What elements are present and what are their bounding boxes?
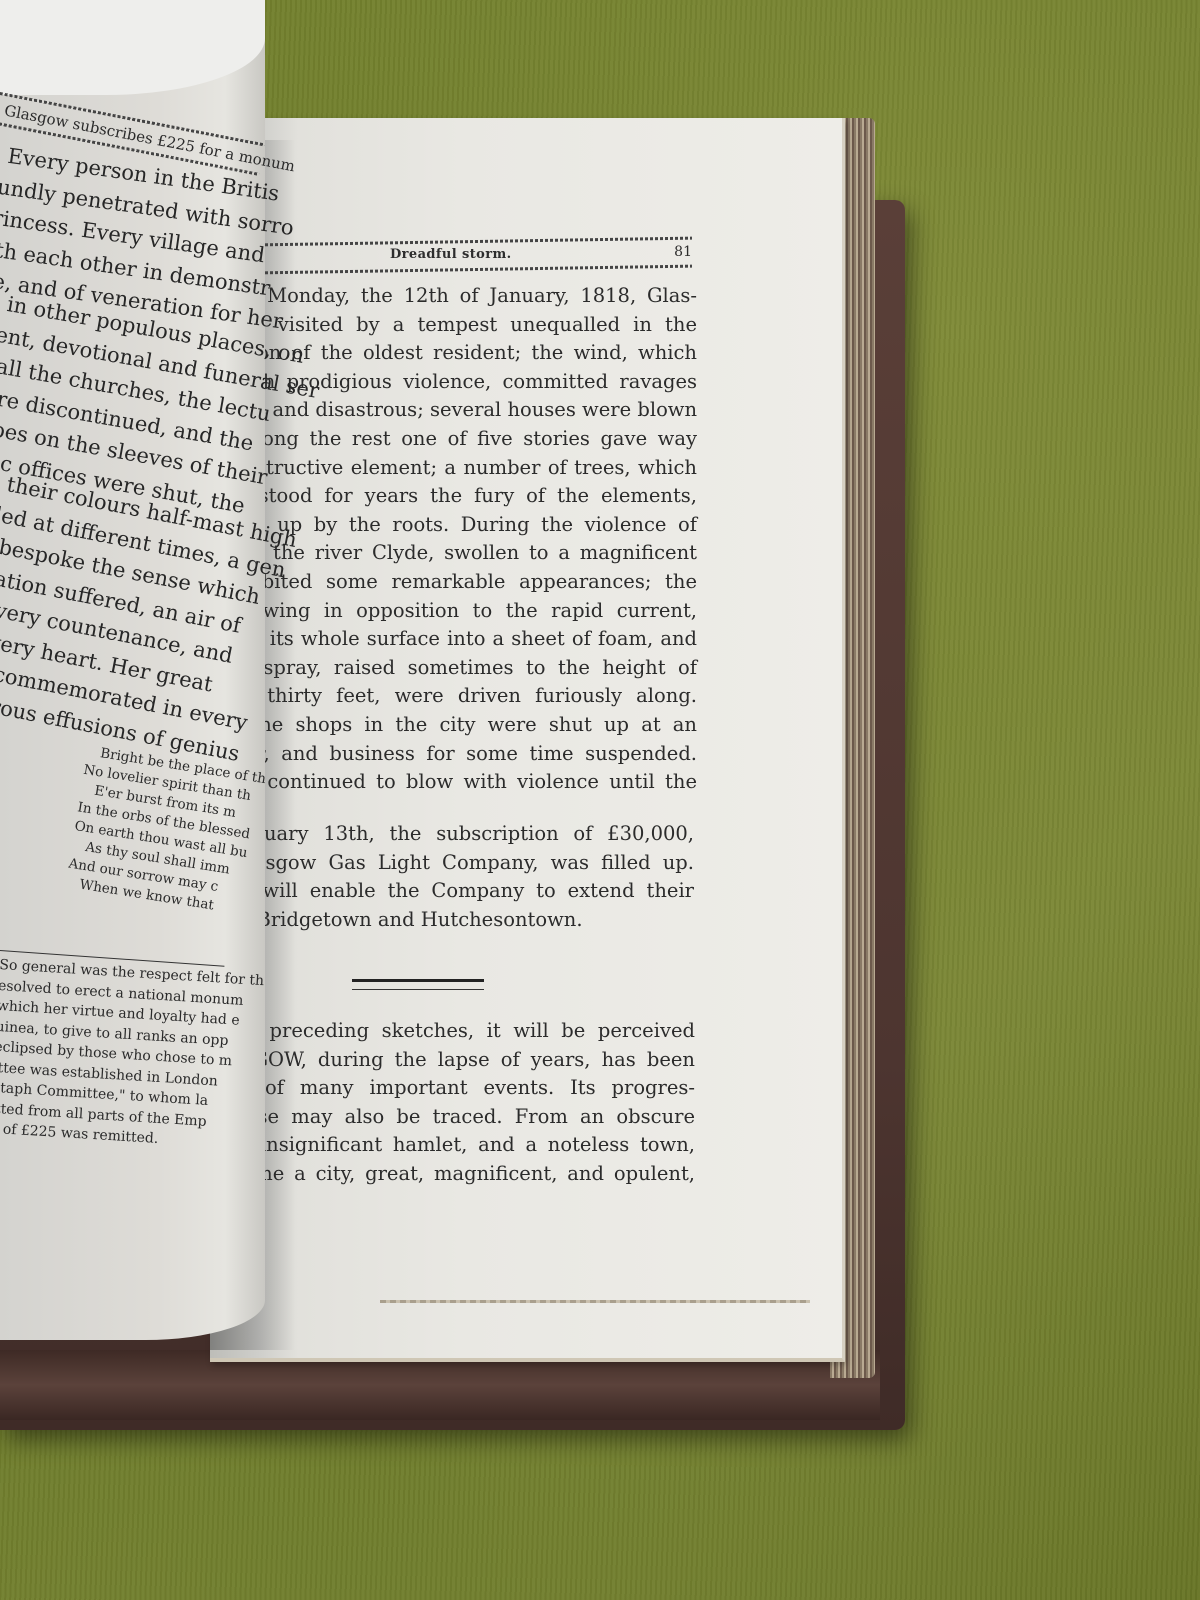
left-page-top-curve bbox=[0, 0, 265, 95]
text-line: destructive element; a number of trees, … bbox=[232, 454, 697, 483]
text-line: ithstood for years the fury of the eleme… bbox=[232, 482, 697, 511]
text-line: :come a city, great, magnificent, and op… bbox=[225, 1160, 695, 1189]
text-line: ASGOW, during the lapse of years, has be… bbox=[225, 1046, 695, 1075]
running-head-top-rule bbox=[260, 237, 692, 247]
text-line: f the shops in the city were shut up at … bbox=[232, 711, 697, 740]
text-line: Glasgow Gas Light Company, was filled up… bbox=[232, 849, 694, 878]
left-page-poem: Bright be the place of th No lovelier sp… bbox=[64, 742, 256, 919]
section-divider-rule bbox=[352, 979, 484, 990]
text-line: among the rest one of five stories gave … bbox=[232, 425, 697, 454]
text-line: the preceding sketches, it will be perce… bbox=[225, 1017, 695, 1046]
text-line: xhibited some remarkable appearances; th… bbox=[232, 568, 697, 597]
text-line: an insignificant hamlet, and a noteless … bbox=[225, 1131, 695, 1160]
running-head-title: Dreadful storm. bbox=[390, 247, 512, 262]
paragraph-gas-light: January 13th, the subscription of £30,00… bbox=[232, 820, 694, 934]
text-line: orn up by the roots. During the violence… bbox=[232, 511, 697, 540]
text-line: ne of many important events. Its progres… bbox=[225, 1074, 695, 1103]
text-line: m will enable the Company to extend thei… bbox=[232, 877, 694, 906]
paragraph-conclusion: the preceding sketches, it will be perce… bbox=[225, 1017, 695, 1189]
text-line: rease may also be traced. From an obscur… bbox=[225, 1103, 695, 1132]
page-number: 81 bbox=[674, 244, 692, 260]
text-line: of spray, raised sometimes to the height… bbox=[232, 654, 697, 683]
text-line: or thirty feet, were driven furiously al… bbox=[232, 682, 697, 711]
text-line: nd continued to blow with violence until… bbox=[232, 768, 697, 797]
left-page-footnote: So general was the respect felt for th e… bbox=[0, 955, 240, 1154]
text-line: blowing in opposition to the rapid curre… bbox=[232, 597, 697, 626]
text-line: on Monday, the 12th of January, 1818, Gl… bbox=[232, 282, 697, 311]
text-line: vas visited by a tempest unequalled in t… bbox=[232, 311, 697, 340]
left-body-text-lower: their colours half-mast high led at diff… bbox=[0, 468, 269, 767]
text-line: January 13th, the subscription of £30,00… bbox=[232, 820, 694, 849]
text-line: our, and business for some time suspende… bbox=[232, 740, 697, 769]
text-line: nd, the river Clyde, swollen to a magnif… bbox=[232, 539, 697, 568]
text-line: :ed its whole surface into a sheet of fo… bbox=[232, 625, 697, 654]
text-line: ous and disastrous; several houses were … bbox=[232, 396, 697, 425]
page-bottom-water-stain bbox=[380, 1300, 810, 1303]
right-running-head: Dreadful storm. 81 bbox=[260, 234, 692, 276]
running-head-bottom-rule bbox=[260, 265, 692, 275]
text-line: :o Bridgetown and Hutchesontown. bbox=[232, 906, 694, 935]
